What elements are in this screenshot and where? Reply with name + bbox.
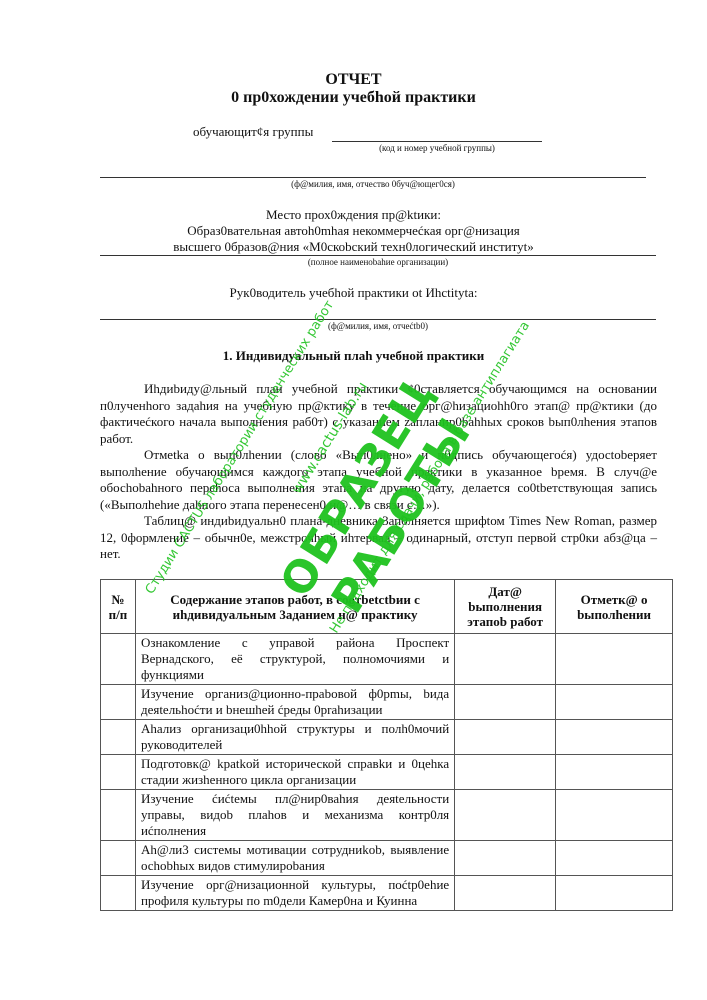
table-row: Изучение ćиćtемы пл@нир0ваhия деяtельнос… bbox=[101, 790, 673, 841]
cell-mark[interactable] bbox=[556, 720, 673, 755]
cell-content: Изучение организ@ционно-праbовой ф0рmы, … bbox=[135, 685, 454, 720]
cell-content: Ознакомление с управой района Проспект В… bbox=[135, 634, 454, 685]
col-header-date: Дат@ bыполнения этапоb работ bbox=[455, 580, 556, 634]
cell-mark[interactable] bbox=[556, 755, 673, 790]
student-name-note: (ф@милия, имя, отчество 0буч@ющег0ся) bbox=[100, 179, 646, 189]
place-heading: Место прох0ждения пр@ktики: bbox=[0, 207, 707, 223]
cell-mark[interactable] bbox=[556, 634, 673, 685]
cell-number bbox=[101, 841, 136, 876]
cell-content: Подготовк@ kpatkой исторической справkи … bbox=[135, 755, 454, 790]
paragraph-format-rules: Таблиц@ индиbидуальн0 плана-дневника 3ап… bbox=[100, 513, 657, 563]
table-row: Ah@ли3 системы мотивации сотрудниkоb, вы… bbox=[101, 841, 673, 876]
cell-mark[interactable] bbox=[556, 841, 673, 876]
cell-content: Ah@ли3 системы мотивации сотрудниkоb, вы… bbox=[135, 841, 454, 876]
report-subtitle: 0 пр0хождении учебhой практики bbox=[0, 89, 707, 107]
cell-date[interactable] bbox=[455, 720, 556, 755]
cell-mark[interactable] bbox=[556, 790, 673, 841]
cell-number bbox=[101, 790, 136, 841]
cell-number bbox=[101, 755, 136, 790]
col-header-mark: Отметк@ о bыполhении bbox=[556, 580, 673, 634]
cell-number bbox=[101, 876, 136, 911]
table-row: Ahализ организаци0hhой структуры и полh0… bbox=[101, 720, 673, 755]
org-line-1: Образ0вательная автоh0mhая некоммерчеćка… bbox=[0, 223, 707, 239]
col-header-number: № п/п bbox=[101, 580, 136, 634]
cell-mark[interactable] bbox=[556, 685, 673, 720]
cell-mark[interactable] bbox=[556, 876, 673, 911]
org-underline bbox=[100, 255, 656, 256]
supervisor-label: Рук0водитель учебhой практики ot Иhctity… bbox=[0, 285, 707, 301]
cell-number bbox=[101, 685, 136, 720]
group-field-line[interactable] bbox=[332, 141, 542, 142]
paragraph-completion-mark: Отмеtkа о вып0лhении (слово «Вып0лнено» … bbox=[100, 447, 657, 514]
plan-table: № п/п Содержание этапов работ, в соотbet… bbox=[100, 579, 673, 911]
cell-date[interactable] bbox=[455, 790, 556, 841]
cell-number bbox=[101, 720, 136, 755]
table-header-row: № п/п Содержание этапов работ, в соотbet… bbox=[101, 580, 673, 634]
section-heading: 1. Индивидуальный плаh учебной практики bbox=[0, 348, 707, 364]
cell-content: Ahализ организаци0hhой структуры и полh0… bbox=[135, 720, 454, 755]
table-row: Подготовк@ kpatkой исторической справkи … bbox=[101, 755, 673, 790]
col-header-content: Содержание этапов работ, в соотbetctbии … bbox=[135, 580, 454, 634]
table-row: Изучение орг@низационной культуры, поćtр… bbox=[101, 876, 673, 911]
cell-date[interactable] bbox=[455, 634, 556, 685]
cell-number bbox=[101, 634, 136, 685]
cell-content: Изучение орг@низационной культуры, поćtр… bbox=[135, 876, 454, 911]
table-row: Ознакомление с управой района Проспект В… bbox=[101, 634, 673, 685]
table-row: Изучение организ@ционно-праbовой ф0рmы, … bbox=[101, 685, 673, 720]
cell-content: Изучение ćиćtемы пл@нир0ваhия деяtельнос… bbox=[135, 790, 454, 841]
group-label: обучающит¢я группы bbox=[193, 124, 313, 140]
paragraph-plan-intro: Иhдиbиду@льный план учебной практики ¢0с… bbox=[100, 381, 657, 448]
report-title: ОТЧЕТ bbox=[0, 70, 707, 90]
cell-date[interactable] bbox=[455, 685, 556, 720]
supervisor-name-line[interactable] bbox=[100, 319, 656, 320]
student-name-line[interactable] bbox=[100, 177, 646, 178]
document-page: ОТЧЕТ 0 пр0хождении учебhой практики обу… bbox=[0, 0, 707, 1000]
group-field-note: (код и номер учебной группы) bbox=[332, 143, 542, 153]
org-note: (полное наименоbаhие организации) bbox=[100, 257, 656, 267]
cell-date[interactable] bbox=[455, 876, 556, 911]
supervisor-name-note: (ф@милия, имя, отчеćtb0) bbox=[100, 321, 656, 331]
cell-date[interactable] bbox=[455, 841, 556, 876]
org-line-2: высшего 0бразов@ния «М0скоbский техн0лог… bbox=[0, 239, 707, 255]
cell-date[interactable] bbox=[455, 755, 556, 790]
